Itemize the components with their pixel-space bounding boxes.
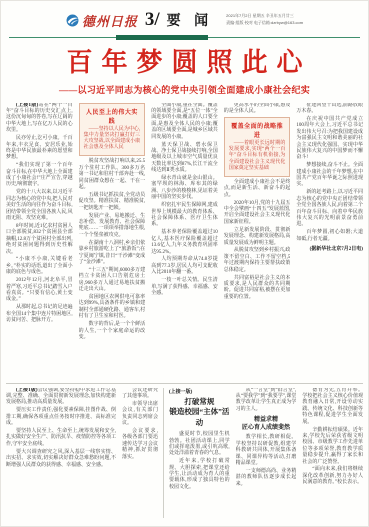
article-column-3: 全面小康,重在全面。覆盖的领域要全面,是“五位一体”全面进步的小康;覆盖的人口要…: [151, 103, 218, 379]
bottom-left-column-wide: (上接1版)会议强调,要坚持稳中求进工作总基调,完整、准确、全面贯彻新发展理念,…: [6, 388, 116, 518]
paragraph: 五级书记抓扶贫,全党动员促攻坚。精准扶贫、精准脱贫,一把钥匙开一把锁。: [79, 193, 146, 212]
paragraph: 近年来,学校打破常规、大胆探索,把课堂还给学生,让活动成为育人的重要载体,形成了…: [169, 459, 230, 491]
highlight-box-2-text: ——着眼更长远时期的发展要求,实现“两个一百年”奋斗目标有机衔接,为全面建设社会…: [229, 141, 286, 172]
paragraph: 2012年12月,河北阜平,冒着严寒,习近平总书记踏雪入户看真贫。“只要有信心,…: [6, 278, 73, 304]
bottom-section: (上接1版)会议强调,要坚持稳中求进工作总基调,完整、准确、全面贯彻新发展理念,…: [1, 388, 368, 518]
paragraph: 要坚持人民至上、生命至上,统筹发展和安全,扎实做好安全生产、防汛抗旱、疫情防控等…: [6, 429, 116, 448]
paragraph: 民亦劳止,汔可小康。千百年来,丰衣足食、安居乐业,始终是中华民族最朴素的愿望和梦…: [6, 136, 73, 162]
article-column-1: (上接1版)站在“两个一百年”奋斗目标的历史交汇点上,这份沉甸甸的答卷,写在辽阔…: [6, 103, 73, 379]
subhead-line-1: 精益求精: [254, 417, 278, 423]
date-line: 2021年7月2日 星期五 辛丑年五月廿三: [226, 13, 303, 20]
paragraph: “面向未来,我们将继续深化改革创新,努力办好人民满意的教育。”校长表示。: [302, 467, 363, 486]
paragraph: 要大兴调查研究之风,深入基层一线察实情、出实招、求实效,切实解决好群众急难愁盼问…: [6, 450, 116, 469]
title-line-2: 锻造校园“主体”活动: [169, 407, 229, 427]
paragraph: 要压实工作责任,强化要素保障,挂图作战、倒排工期,确保各项重点任务按时序推进、高…: [6, 408, 116, 427]
paragraph: 一枝一叶总关情。民生清单,写满了获得感、幸福感、安全感。: [151, 278, 218, 297]
bottom-right-column-3: 德育为先,五育并举。学校把社会主义核心价值观教育融入日常,开设劳动实践、传统文化…: [302, 388, 363, 518]
paragraph: 盛夏时节,校园里生机勃勃。社团活动课上,同学们或挥毫泼墨,或引吭高歌,处处洋溢着…: [169, 432, 230, 458]
lead-article-columns: (上接1版)站在“两个一百年”奋斗目标的历史交汇点上,这份沉甸甸的答卷,写在辽阔…: [1, 103, 368, 379]
paragraph: 织密扎牢民生保障网,建成世界上规模最大的教育体系、社会保障体系、医疗卫生体系。: [151, 203, 218, 229]
paragraph: 会议还研究了其他事项。: [122, 388, 158, 401]
paragraph: 全面建成小康社会不是终点,而是新生活、新奋斗的起点。: [224, 180, 291, 199]
lead-headline: 百年梦圆照此心: [1, 49, 368, 78]
paragraph: 人均预期寿命从74.8岁提高到77.3岁,居民人均可支配收入比2010年翻一番。: [151, 257, 218, 276]
newspaper-logo-icon: [66, 14, 79, 27]
paragraph: 8年时间,近1亿农村贫困人口全部脱贫,832个贫困县全部摘帽,12.8万个贫困村…: [6, 224, 73, 256]
lead-article: 百年梦圆照此心 ——以习近平同志为核心的党中央引领全面建成小康社会纪实 (上接1…: [1, 49, 368, 379]
masthead-info: 2021年7月2日 星期五 辛丑年五月廿三 责编·组版·校对 电子信箱:dzrb…: [226, 13, 303, 27]
paragraph: 在庆祝中国共产党成立100周年大会上,习近平总书记发出伟大号召:为把我国建设成为…: [296, 117, 363, 162]
title-line-1: 打破常规: [184, 397, 214, 406]
masthead-rule-accent: [116, 35, 208, 40]
paragraph: 市领导出席会议,有关部门负责同志列席会议。: [122, 402, 158, 428]
paragraph: 基本养老保险覆盖超过10亿人,基本医疗保险覆盖超过13.6亿人,九年义务教育巩固…: [151, 230, 218, 256]
bottom-right-article: (上接一版) 打破常规 锻造校园“主体”活动 盛夏时节,校园里生机勃勃。社团活动…: [169, 388, 363, 518]
highlight-box-1: 人民至上的伟大实践 ——坚持以人民为中心,集中力量坚决打赢打好三大攻坚战,以全面…: [79, 103, 146, 157]
paragraph: 会议要求,各级各部门要迅速传达学习会议精神,抓好贯彻落实。: [122, 429, 158, 461]
paragraph: 更高水平的全面小康,惠及的是全体人民。: [224, 103, 291, 116]
paragraph: 贫困地区农网供电可靠率达到99%,具备条件的乡镇和建制村全部通硬化路、通客车,村…: [79, 295, 146, 321]
continued-tag: (上接1版): [16, 388, 38, 393]
column-text: 德育为先,五育并举。学校把社会主义核心价值观教育融入日常,开设劳动实践、传统文化…: [302, 388, 363, 487]
bottom-left-column-narrow: 会议还研究了其他事项。市领导出席会议,有关部门负责同志列席会议。会议要求,各级各…: [122, 388, 158, 518]
paragraph: 全面小康,重在全面。覆盖的领域要全面,是“五位一体”全面进步的小康;覆盖的人口要…: [151, 103, 218, 141]
continued-tag: (上接一版): [169, 388, 230, 395]
masthead: 德州日报 3/ 要 闻 2021年7月2日 星期五 辛丑年五月廿三 责编·组版·…: [1, 1, 368, 40]
column-text: 征途回望千山远,前路放眼万木春。在庆祝中国共产党成立100周年大会上,习近平总书…: [296, 103, 363, 244]
paragraph: 百年梦圆,初心如磐;大道如砥,行者无疆。: [296, 230, 363, 243]
column-text: 全面建成小康社会不是终点,而是新生活、新奋斗的起点。2020年10月,党的十九届…: [224, 180, 291, 301]
paragraph: 2020年10月,党的十九届五中全会擘画“十四五”发展蓝图,开启全面建设社会主义…: [224, 201, 291, 227]
page-number: 3/: [145, 9, 160, 31]
paragraph: 征途回望千山远,前路放眼万木春。: [296, 103, 363, 116]
bottom-article-title: 打破常规 锻造校园“主体”活动: [169, 397, 230, 429]
bottom-right-column-2: 从“一言堂”到“群言堂”,从“要我学”到“我要学”,课堂教学改革让学生真正成为学…: [236, 388, 297, 518]
paragraph: 立足新发展阶段、贯彻新发展理念、构建新发展格局,高质量发展成为鲜明主题。: [224, 228, 291, 247]
article-column-4: 更高水平的全面小康,惠及的是全体人民。 覆盖全面的战略推进 ——着眼更长远时期的…: [224, 103, 291, 379]
column-text: 脱贫攻坚战打响以来,25.5万个驻村工作队、300多万名第一书记和驻村干部奔赴一…: [79, 159, 146, 341]
highlight-box-2-title: 覆盖全面的战略推进: [229, 121, 286, 139]
wire-sign-off: (据新华社北京7月2日电): [296, 245, 363, 252]
staff-line: 责编·组版·校对 电子信箱:dzrbyw@163.com: [226, 20, 303, 27]
paragraph: 绿水青山就是金山银山。塞罕坝的林海、库布其的绿洲、八步沙的梭梭林,见证着美丽中国…: [151, 176, 218, 202]
column-text: 从“一言堂”到“群言堂”,从“要我学”到“我要学”,课堂教学改革让学生真正成为学…: [236, 388, 297, 414]
masthead-rule: [9, 35, 360, 40]
paragraph: “十三五”期间,6000多万建档立卡贫困人口告别危房土房,960多万人通过易地扶…: [79, 268, 146, 294]
vertical-rule: [163, 388, 164, 518]
newspaper-page: 德州日报 3/ 要 闻 2021年7月2日 星期五 辛丑年五月廿三 责编·组版·…: [0, 0, 369, 527]
paragraph: 蓝天保卫战、碧水保卫战、净土保卫战接续打响,全国地级及以上城市空气质量优良天数比…: [151, 143, 218, 175]
article-column-5: 征途回望千山远,前路放眼万木春。在庆祝中国共产党成立100周年大会上,习近平总书…: [296, 103, 363, 379]
paragraph: 从那时起,总书记的足迹遍布全国14个集中连片特困地区,访贫问苦、把脉开方。: [6, 305, 73, 324]
highlight-box-1-title: 人民至上的伟大实践: [84, 107, 141, 125]
subhead-line-2: 匠心育人成绩斐然: [242, 425, 290, 431]
column-text: 会议还研究了其他事项。市领导出席会议,有关部门负责同志列席会议。会议要求,各级各…: [122, 388, 158, 461]
paragraph: 从“一言堂”到“群言堂”,从“要我学”到“我要学”,课堂教学改革让学生真正成为学…: [236, 388, 297, 414]
column-text: 教学相长,教研相促。学校坚持以研促教,组建学科教研共同体,开展集体备课、同课异构…: [236, 435, 297, 488]
column-text: 更高水平的全面小康,惠及的是全体人民。: [224, 103, 291, 116]
column-text: 民亦劳止,汔可小康。千百年来,丰衣足食、安居乐业,始终是中华民族最朴素的愿望和梦…: [6, 136, 73, 324]
paper-name: 德州日报: [82, 11, 138, 30]
paragraph: 数字的背后,是一个个鲜活的人生,一个个家庭命运的改变。: [79, 322, 146, 341]
paragraph: 辛勤耕耘结硕果。近年来,学校先后荣获省级文明校园、市级教学工作先进单位等多项荣誉…: [302, 428, 363, 466]
section-divider: [6, 383, 363, 384]
paragraph: 从脱贫攻坚到乡村振兴,政策不留空白、工作不留空档,5年过渡期内保持主要帮扶政策总…: [224, 248, 291, 274]
paragraph: 在湖南十八洞村,乡亲们依靠乡村旅游吃上了“旅游饭”;在宁夏闽宁镇,昔日“干沙滩”…: [79, 241, 146, 267]
bottom-article-subhead: 精益求精 匠心育人成绩斐然: [236, 416, 297, 432]
lead-paragraph: (上接1版)会议强调,要坚持稳中求进工作总基调,完整、准确、全面贯彻新发展理念,…: [6, 388, 116, 407]
paragraph: “小康不小康,关键看老乡。”朴实的话语,道出了全面小康的底色与成色。: [6, 257, 73, 276]
paragraph: 党的十八大以来,以习近平同志为核心的党中央,把人民对美好生活的向往作为奋斗目标,…: [6, 190, 73, 222]
article-column-2: 人民至上的伟大实践 ——坚持以人民为中心,集中力量坚决打赢打好三大攻坚战,以全面…: [79, 103, 146, 379]
column-text: 要压实工作责任,强化要素保障,挂图作战、倒排工期,确保各项重点任务按时序推进、高…: [6, 408, 116, 469]
lead-subhead: ——以习近平同志为核心的党中央引领全面建成小康社会纪实: [1, 83, 368, 96]
paragraph: 德育为先,五育并举。学校把社会主义核心价值观教育融入日常,开设劳动实践、传统文化…: [302, 388, 363, 426]
highlight-box-1-text: ——坚持以人民为中心,集中力量坚决打赢打好三大攻坚战,以全面建成小康社会惠及全体…: [84, 127, 141, 152]
bottom-right-column-1: (上接一版) 打破常规 锻造校园“主体”活动 盛夏时节,校园里生机勃勃。社团活动…: [169, 388, 230, 518]
paragraph: 脱贫攻坚战打响以来,25.5万个驻村工作队、300多万名第一书记和驻村干部奔赴一…: [79, 159, 146, 191]
continued-tag: (上接1版): [16, 103, 38, 108]
paragraph: 一支师德高尚、业务精湛的教师队伍逐步成长起来。: [236, 469, 297, 488]
highlight-box-2: 覆盖全面的战略推进 ——着眼更长远时期的发展要求,实现“两个一百年”奋斗目标有机…: [224, 117, 291, 177]
bottom-left-article: (上接1版)会议强调,要坚持稳中求进工作总基调,完整、准确、全面贯彻新发展理念,…: [6, 388, 158, 518]
newspaper-logo: 德州日报: [66, 11, 138, 30]
paragraph: 新的赶考路上,以习近平同志为核心的党中央正团结带领全党全国各族人民,向着第二个百…: [296, 190, 363, 228]
column-text: 盛夏时节,校园里生机勃勃。社团活动课上,同学们或挥毫泼墨,或引吭高歌,处处洋溢着…: [169, 432, 230, 491]
section-name: 要 闻: [167, 10, 214, 30]
lead-paragraph: (上接1版)站在“两个一百年”奋斗目标的历史交汇点上,这份沉甸甸的答卷,写在辽阔…: [6, 103, 73, 135]
paragraph: “我们实现了第一个百年奋斗目标,在中华大地上全面建成了小康社会!”庄严宣告,穿越…: [6, 163, 73, 189]
paragraph: 共同富裕是社会主义的本质要求,是人民群众的共同期盼。促进共同富裕,被摆在更加重要…: [224, 276, 291, 302]
paragraph: 发展产业、易地搬迁、生态补偿、发展教育、社会保障兜底……一项项举措落地生根,一个…: [79, 214, 146, 240]
column-text: 全面小康,重在全面。覆盖的领域要全面,是“五位一体”全面进步的小康;覆盖的人口要…: [151, 103, 218, 298]
paragraph: 梦想接续,奋斗不止。全面建成小康社会的千年梦想,在中国共产党百年华诞之际照进现实…: [296, 163, 363, 189]
paragraph: 教学相长,教研相促。学校坚持以研促教,组建学科教研共同体,开展集体备课、同课异构…: [236, 435, 297, 467]
